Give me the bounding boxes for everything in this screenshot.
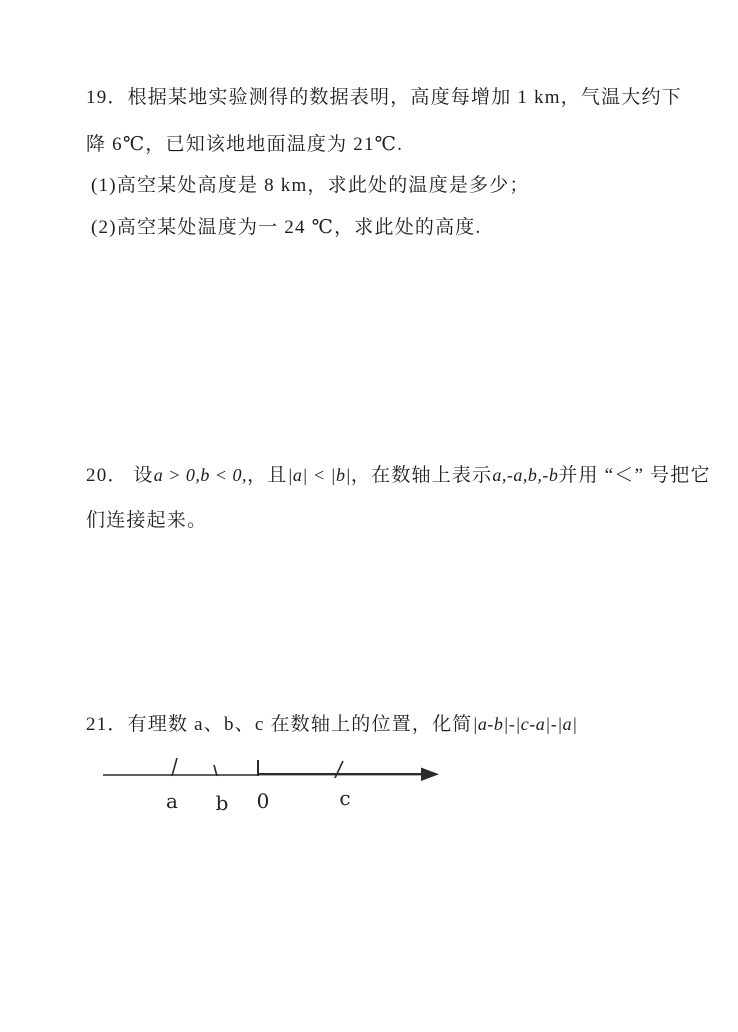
tick-a	[172, 758, 177, 776]
q19-text-line-2: 降 6℃，已知该地地面温度为 21℃.	[86, 133, 403, 157]
q19-text-line-1: 19．根据某地实验测得的数据表明，高度每增加 1 km，气温大约下	[86, 86, 682, 110]
arrow-right-icon	[421, 768, 439, 782]
label-zero: 0	[257, 789, 270, 813]
number-line-figure: a b 0 c	[95, 748, 445, 818]
worksheet-page: 19．根据某地实验测得的数据表明，高度每增加 1 km，气温大约下 降 6℃，已…	[0, 0, 738, 1032]
label-c: c	[339, 786, 350, 810]
q20-text-line-1: 20． 设a > 0,b < 0,，且|a| < |b|，在数轴上表示a,-a,…	[86, 464, 711, 488]
q19-subquestion-1: (1)高空某处高度是 8 km，求此处的温度是多少；	[91, 174, 530, 198]
label-b: b	[216, 791, 229, 815]
q20-mid-1: ，且	[247, 465, 287, 486]
q21-text-line: 21．有理数 a、b、c 在数轴上的位置，化简|a-b|-|c-a|-|a|	[86, 713, 578, 737]
q20-suffix: 并用 “＜” 号把它	[558, 465, 710, 486]
q20-text-line-2: 们连接起来。	[86, 509, 207, 533]
tick-c	[335, 761, 343, 778]
q20-prefix: 20． 设	[86, 465, 154, 486]
q20-math-inequality-1: a > 0,b < 0,	[154, 465, 247, 485]
q19-subquestion-2: (2)高空某处温度为一 24 ℃，求此处的高度.	[91, 216, 481, 240]
number-line-svg: a b 0 c	[95, 748, 445, 818]
q20-math-abs-inequality: |a| < |b|	[287, 465, 350, 485]
q20-mid-2: ，在数轴上表示	[351, 465, 492, 486]
q21-math-expression: |a-b|-|c-a|-|a|	[472, 714, 577, 734]
q21-prefix: 21．有理数 a、b、c 在数轴上的位置，化简	[86, 714, 472, 735]
label-a: a	[166, 789, 178, 813]
q20-math-values: a,-a,b,-b	[492, 465, 558, 485]
